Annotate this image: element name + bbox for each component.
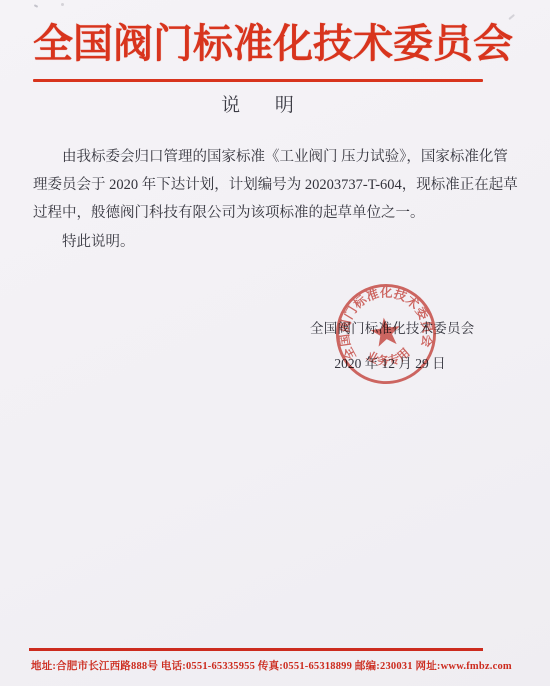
body-line: 由我标委会归口管理的国家标准《工业阀门 压力试验》，国家标准化管	[33, 143, 489, 171]
signature-date: 2020 年 12 月 29 日	[310, 352, 470, 372]
letterhead-org-title: 全国阀门标准化技术委员会	[33, 12, 483, 69]
signature-block: 全国阀门标准化技术委员会 2020 年 12 月 29 日	[310, 317, 470, 372]
signature-org: 全国阀门标准化技术委员会	[310, 317, 470, 337]
body-paragraph: 由我标委会归口管理的国家标准《工业阀门 压力试验》，国家标准化管 理委员会于 2…	[33, 143, 489, 256]
letterhead: 全国阀门标准化技术委员会	[33, 12, 483, 82]
footer-rule	[29, 648, 483, 651]
scanned-letter-page: 全国阀门标准化技术委员会 说 明 由我标委会归口管理的国家标准《工业阀门 压力试…	[0, 0, 550, 686]
doc-title: 说 明	[33, 90, 483, 117]
body-line: 特此说明。	[33, 228, 489, 256]
scan-speck	[34, 4, 38, 8]
letterhead-rule	[33, 79, 483, 82]
scan-speck	[508, 14, 514, 20]
body-line: 理委员会于 2020 年下达计划，计划编号为 20203737-T-604，现标…	[33, 171, 489, 199]
body-line: 过程中，般德阀门科技有限公司为该项标准的起草单位之一。	[33, 199, 489, 227]
scan-speck	[61, 3, 64, 6]
footer-contact: 地址:合肥市长江西路888号 电话:0551-65335955 传真:0551-…	[31, 658, 531, 673]
